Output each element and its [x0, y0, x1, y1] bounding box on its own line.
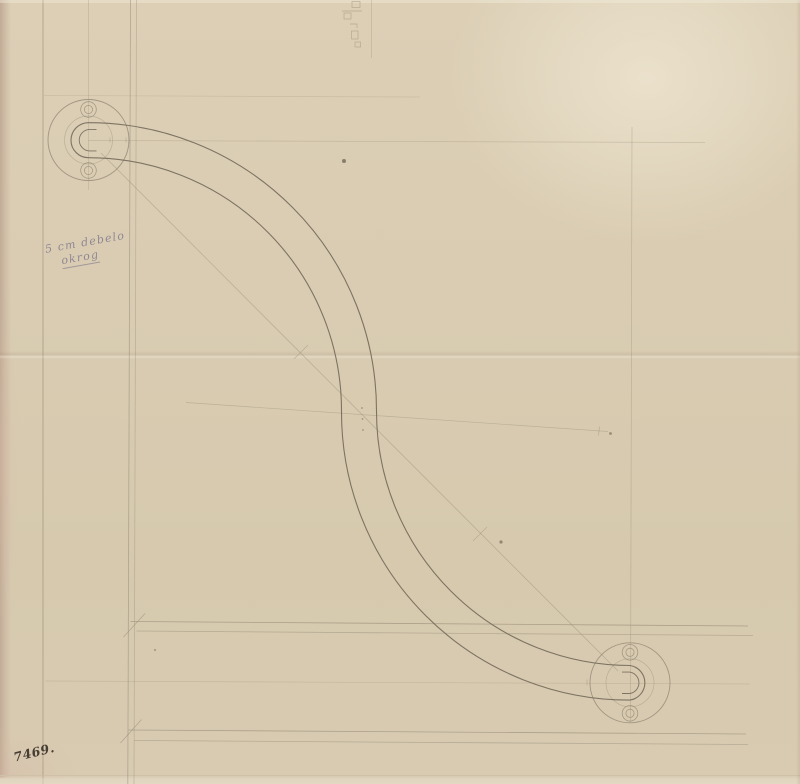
sketch-square — [355, 42, 361, 47]
rail-end-cap-right-outer — [630, 666, 645, 701]
speck — [154, 649, 156, 651]
bolt-hole-outer — [622, 706, 638, 722]
profile-sketch — [342, 0, 372, 58]
tick-mark — [473, 527, 487, 541]
tick-mark — [599, 427, 600, 436]
sketch-square — [352, 31, 359, 39]
sketch-step — [350, 24, 357, 28]
speck — [342, 159, 346, 163]
flange-outer-circle — [590, 643, 670, 723]
rail-edge-upper — [89, 123, 631, 666]
sketch-square — [344, 13, 351, 19]
panel-vertical-inner — [134, 0, 137, 784]
construction-dot — [362, 429, 364, 431]
panel-horizontal-upper-outer — [131, 622, 749, 627]
speck — [499, 540, 502, 543]
paper-sheet: 5 cm debelo okrog 7469. — [0, 0, 800, 784]
construction-lines — [43, 0, 750, 784]
technical-drawing — [0, 0, 800, 784]
flange-bottom-right — [590, 643, 670, 723]
sketch-square — [352, 2, 360, 8]
construction-dot — [362, 418, 364, 420]
construction-dot — [361, 407, 363, 409]
panel-vertical-outer — [128, 0, 131, 784]
flange2-vertical-centerline — [631, 127, 633, 722]
panel-miter-lower — [121, 720, 142, 744]
rail-end-cap-left-outer — [71, 123, 89, 158]
tick-mark — [294, 345, 308, 359]
arc-centers-line — [186, 403, 608, 432]
flange1-horizontal-centerline — [89, 141, 706, 143]
bolt-hole-inner — [626, 648, 634, 656]
panel-horizontal-lower-inner — [134, 741, 748, 745]
top-horizontal-guide — [44, 96, 420, 98]
rail-edge-lower — [89, 158, 631, 700]
bolt-hole-outer — [622, 645, 638, 661]
speck — [609, 432, 612, 435]
panel-horizontal-lower-outer — [128, 730, 746, 734]
bolt-hole-inner — [626, 709, 634, 717]
rail-end-cap-left-inner — [79, 129, 96, 151]
flange2-horizontal-centerline — [45, 681, 750, 684]
panel-molding-lines — [121, 0, 754, 784]
diagonal-flange-to-flange — [101, 153, 618, 671]
